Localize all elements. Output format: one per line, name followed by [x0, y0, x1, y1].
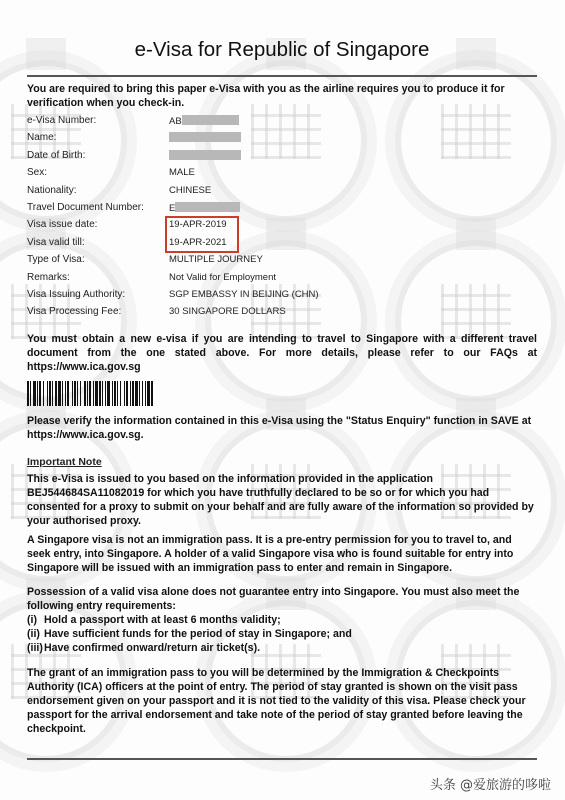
field-label: Type of Visa:	[27, 254, 167, 265]
field-value: MALE	[169, 167, 195, 178]
requirement-number: (i)	[27, 613, 44, 627]
field-value-text: MULTIPLE JOURNEY	[169, 254, 263, 265]
field-label: Visa issue date:	[27, 219, 167, 230]
requirement-item: (ii)Have sufficient funds for the period…	[27, 627, 352, 641]
field-label: Sex:	[27, 167, 167, 178]
field-label: Date of Birth:	[27, 150, 167, 161]
redaction-block	[182, 115, 239, 125]
requirement-item: (iii)Have confirmed onward/return air ti…	[27, 641, 260, 655]
redaction-block	[169, 132, 241, 142]
field-value	[169, 150, 241, 162]
redaction-block	[169, 150, 241, 160]
important-note-text: This e-Visa is issued to you based on th…	[27, 472, 537, 528]
field-value-text: Not Valid for Employment	[169, 272, 276, 283]
possession-notice: Possession of a valid visa alone does no…	[27, 585, 537, 613]
highlight-box	[165, 216, 239, 253]
field-value: AB	[169, 115, 239, 127]
intro-notice: You are required to bring this paper e-V…	[27, 82, 537, 110]
field-label: Visa valid till:	[27, 237, 167, 248]
ica-seal-watermark	[395, 240, 557, 402]
field-value	[169, 132, 241, 144]
requirement-text: Have sufficient funds for the period of …	[44, 628, 352, 640]
requirement-number: (ii)	[27, 627, 44, 641]
requirement-number: (iii)	[27, 641, 44, 655]
field-label: Name:	[27, 132, 167, 143]
field-label: Travel Document Number:	[27, 202, 167, 213]
requirement-item: (i)Hold a passport with at least 6 month…	[27, 613, 281, 627]
redaction-block	[175, 202, 240, 212]
verify-notice: Please verify the information contained …	[27, 414, 537, 442]
not-immigration-pass-notice: A Singapore visa is not an immigration p…	[27, 533, 537, 575]
barcode	[27, 381, 202, 406]
field-value: CHINESE	[169, 185, 211, 196]
field-value-text: MALE	[169, 167, 195, 178]
field-label: e-Visa Number:	[27, 115, 167, 126]
new-visa-notice: You must obtain a new e-visa if you are …	[27, 332, 537, 374]
field-label: Visa Processing Fee:	[27, 306, 167, 317]
field-value: MULTIPLE JOURNEY	[169, 254, 263, 265]
document-title: e-Visa for Republic of Singapore	[27, 38, 537, 62]
field-value-text: SGP EMBASSY IN BEIJING (CHN)	[169, 289, 319, 300]
important-note-heading: Important Note	[27, 456, 102, 468]
grant-notice: The grant of an immigration pass to you …	[27, 666, 537, 736]
source-watermark: 头条 @爱旅游的哆啦	[430, 774, 551, 793]
requirement-text: Hold a passport with at least 6 months v…	[44, 614, 281, 626]
field-label: Remarks:	[27, 272, 167, 283]
footer-divider	[27, 758, 537, 760]
field-value: 30 SINGAPORE DOLLARS	[169, 306, 286, 317]
field-value-text: AB	[169, 116, 182, 127]
header-divider	[27, 75, 537, 77]
field-value: Not Valid for Employment	[169, 272, 276, 283]
field-value-text: 30 SINGAPORE DOLLARS	[169, 306, 286, 317]
requirement-text: Have confirmed onward/return air ticket(…	[44, 642, 260, 654]
field-value: E	[169, 202, 240, 214]
field-value-text: CHINESE	[169, 185, 211, 196]
field-label: Nationality:	[27, 185, 167, 196]
field-label: Visa Issuing Authority:	[27, 289, 167, 300]
field-value: SGP EMBASSY IN BEIJING (CHN)	[169, 289, 319, 300]
